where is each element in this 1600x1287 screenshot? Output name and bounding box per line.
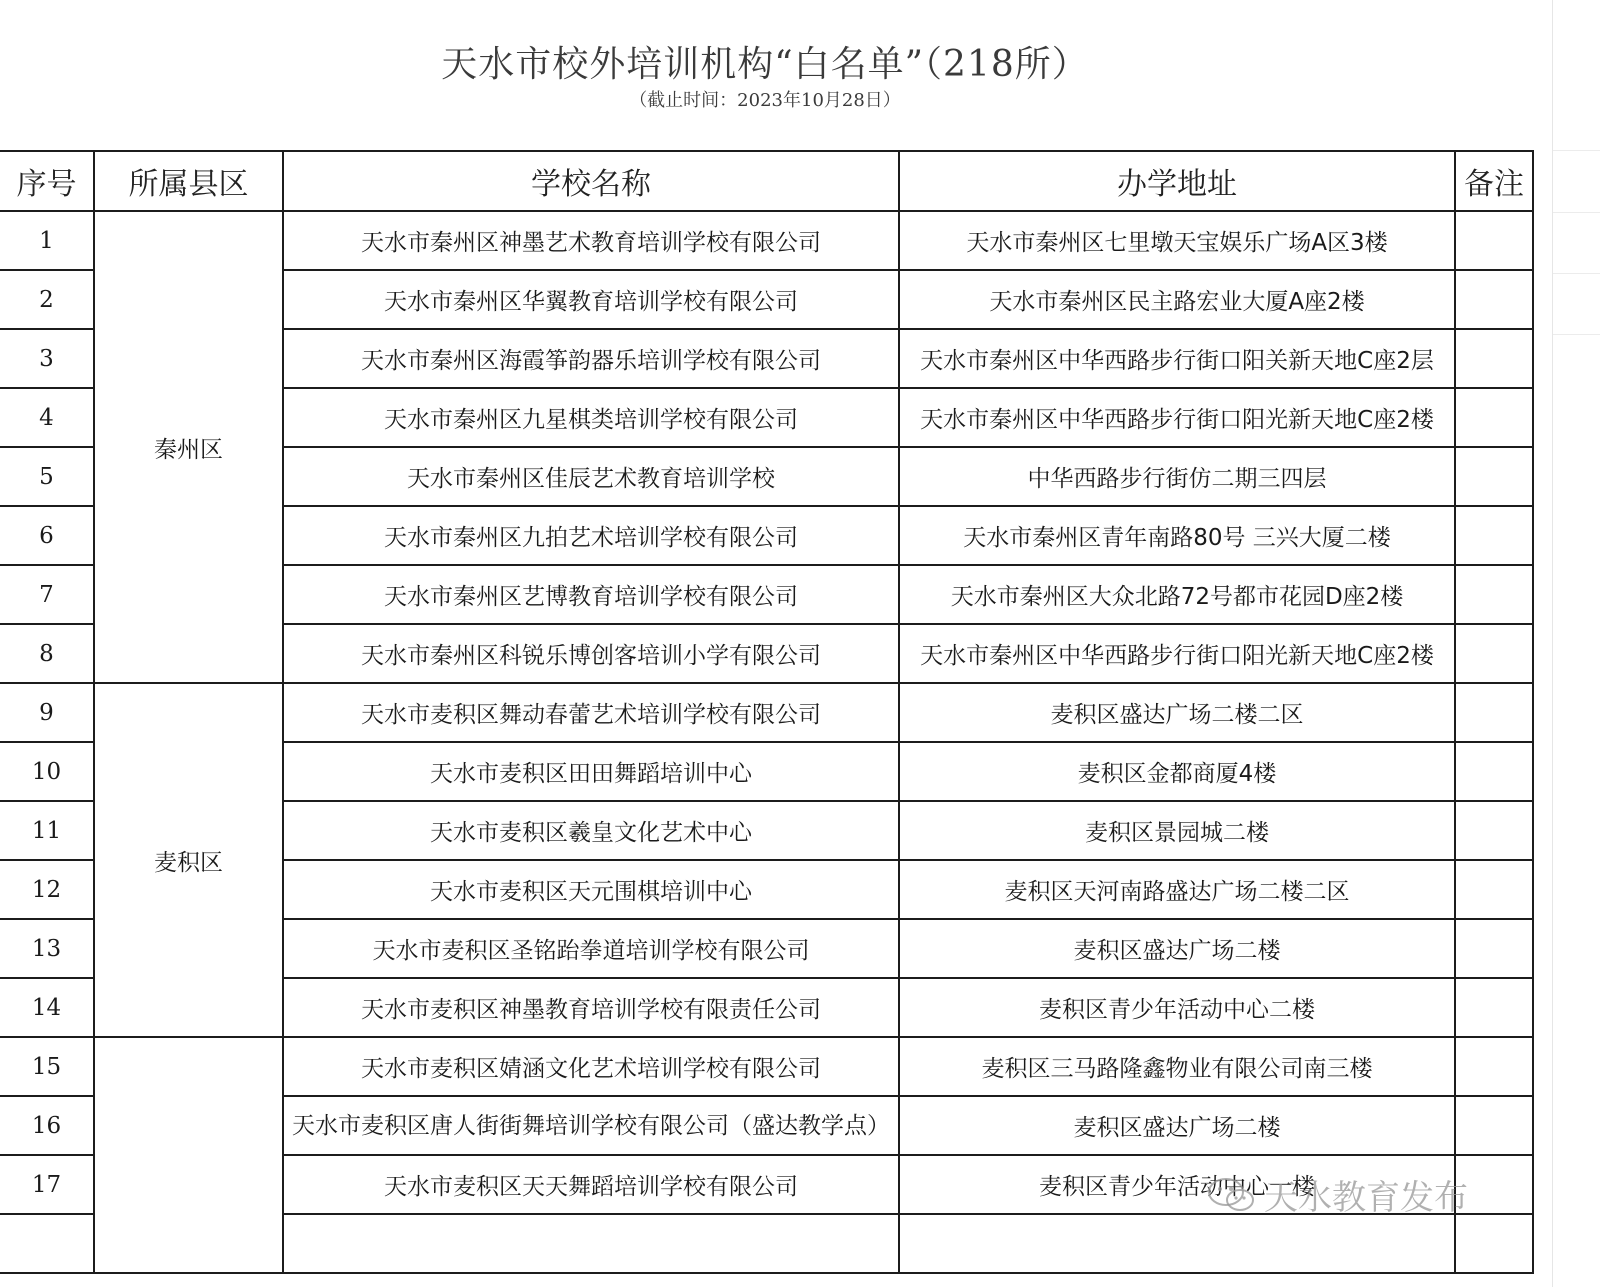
remarks — [1455, 270, 1533, 329]
school-name: 天水市秦州区九拍艺术培训学校有限公司 — [283, 506, 899, 565]
address: 中华西路步行街仿二期三四层 — [899, 447, 1455, 506]
table-header-row: 序号 所属县区 学校名称 办学地址 备注 — [0, 151, 1533, 211]
row-index: 15 — [0, 1037, 94, 1096]
address: 天水市秦州区中华西路步行街口阳关新天地C座2层 — [899, 329, 1455, 388]
address: 麦积区金都商厦4楼 — [899, 742, 1455, 801]
document-title: 天水市校外培训机构“白名单”（218所） — [0, 36, 1530, 87]
remarks — [1455, 1037, 1533, 1096]
school-name: 天水市麦积区圣铭跆拳道培训学校有限公司 — [283, 919, 899, 978]
school-name: 天水市麦积区唐人街街舞培训学校有限公司（盛达教学点） — [283, 1096, 899, 1155]
remarks — [1455, 683, 1533, 742]
address: 麦积区盛达广场二楼 — [899, 1096, 1455, 1155]
school-name: 天水市秦州区艺博教育培训学校有限公司 — [283, 565, 899, 624]
address: 麦积区盛达广场二楼 — [899, 919, 1455, 978]
document-subtitle: （截止时间：2023年10月28日） — [0, 86, 1530, 112]
address: 天水市秦州区七里墩天宝娱乐广场A区3楼 — [899, 211, 1455, 270]
school-name: 天水市麦积区天元围棋培训中心 — [283, 860, 899, 919]
county-cell: 秦州区 — [94, 211, 283, 683]
row-index: 17 — [0, 1155, 94, 1214]
row-index: 8 — [0, 624, 94, 683]
document-page: 天水市校外培训机构“白名单”（218所） （截止时间：2023年10月28日） … — [0, 0, 1600, 1287]
row-index: 3 — [0, 329, 94, 388]
row-index — [0, 1214, 94, 1273]
school-name: 天水市秦州区海霞筝韵器乐培训学校有限公司 — [283, 329, 899, 388]
row-index: 16 — [0, 1096, 94, 1155]
remarks — [1455, 801, 1533, 860]
address: 麦积区盛达广场二楼二区 — [899, 683, 1455, 742]
address: 天水市秦州区民主路宏业大厦A座2楼 — [899, 270, 1455, 329]
row-index: 6 — [0, 506, 94, 565]
school-name: 天水市秦州区华翼教育培训学校有限公司 — [283, 270, 899, 329]
address — [899, 1214, 1455, 1273]
row-index: 13 — [0, 919, 94, 978]
school-name: 天水市秦州区科锐乐博创客培训小学有限公司 — [283, 624, 899, 683]
school-name: 天水市秦州区九星棋类培训学校有限公司 — [283, 388, 899, 447]
address: 麦积区青少年活动中心一楼 — [899, 1155, 1455, 1214]
school-name: 天水市麦积区舞动春蕾艺术培训学校有限公司 — [283, 683, 899, 742]
school-name: 天水市麦积区婧涵文化艺术培训学校有限公司 — [283, 1037, 899, 1096]
address: 天水市秦州区中华西路步行街口阳光新天地C座2楼 — [899, 624, 1455, 683]
remarks — [1455, 860, 1533, 919]
row-index: 4 — [0, 388, 94, 447]
address: 麦积区三马路隆鑫物业有限公司南三楼 — [899, 1037, 1455, 1096]
row-index: 12 — [0, 860, 94, 919]
row-index: 10 — [0, 742, 94, 801]
school-name: 天水市麦积区神墨教育培训学校有限责任公司 — [283, 978, 899, 1037]
remarks — [1455, 447, 1533, 506]
address: 麦积区景园城二楼 — [899, 801, 1455, 860]
header-index: 序号 — [0, 151, 94, 211]
county-cell — [94, 1037, 283, 1273]
remarks — [1455, 742, 1533, 801]
whitelist-table: 序号 所属县区 学校名称 办学地址 备注 1 秦州区 天水市秦州区神墨艺术教育培… — [0, 150, 1534, 1274]
address: 天水市秦州区大众北路72号都市花园D座2楼 — [899, 565, 1455, 624]
header-school-name: 学校名称 — [283, 151, 899, 211]
remarks — [1455, 1096, 1533, 1155]
table-row: 9 麦积区 天水市麦积区舞动春蕾艺术培训学校有限公司 麦积区盛达广场二楼二区 — [0, 683, 1533, 742]
header-county: 所属县区 — [94, 151, 283, 211]
remarks — [1455, 211, 1533, 270]
remarks — [1455, 565, 1533, 624]
remarks — [1455, 329, 1533, 388]
remarks — [1455, 1155, 1533, 1214]
row-index: 11 — [0, 801, 94, 860]
gridline — [1553, 334, 1600, 335]
row-index: 1 — [0, 211, 94, 270]
row-index: 7 — [0, 565, 94, 624]
gridline — [1553, 150, 1600, 151]
remarks — [1455, 978, 1533, 1037]
address: 天水市秦州区青年南路80号 三兴大厦二楼 — [899, 506, 1455, 565]
table-row: 15 天水市麦积区婧涵文化艺术培训学校有限公司 麦积区三马路隆鑫物业有限公司南三… — [0, 1037, 1533, 1096]
spreadsheet-gridlines — [1552, 0, 1600, 1287]
address: 天水市秦州区中华西路步行街口阳光新天地C座2楼 — [899, 388, 1455, 447]
row-index: 14 — [0, 978, 94, 1037]
gridline — [1553, 273, 1600, 274]
school-name: 天水市秦州区神墨艺术教育培训学校有限公司 — [283, 211, 899, 270]
remarks — [1455, 624, 1533, 683]
address: 麦积区天河南路盛达广场二楼二区 — [899, 860, 1455, 919]
remarks — [1455, 506, 1533, 565]
header-remarks: 备注 — [1455, 151, 1533, 211]
row-index: 5 — [0, 447, 94, 506]
school-name: 天水市麦积区羲皇文化艺术中心 — [283, 801, 899, 860]
row-index: 2 — [0, 270, 94, 329]
county-cell: 麦积区 — [94, 683, 283, 1037]
gridline — [1553, 212, 1600, 213]
row-index: 9 — [0, 683, 94, 742]
school-name — [283, 1214, 899, 1273]
school-name: 天水市麦积区天天舞蹈培训学校有限公司 — [283, 1155, 899, 1214]
table-row: 1 秦州区 天水市秦州区神墨艺术教育培训学校有限公司 天水市秦州区七里墩天宝娱乐… — [0, 211, 1533, 270]
header-address: 办学地址 — [899, 151, 1455, 211]
remarks — [1455, 919, 1533, 978]
address: 麦积区青少年活动中心二楼 — [899, 978, 1455, 1037]
remarks — [1455, 1214, 1533, 1273]
school-name: 天水市麦积区田田舞蹈培训中心 — [283, 742, 899, 801]
remarks — [1455, 388, 1533, 447]
school-name: 天水市秦州区佳辰艺术教育培训学校 — [283, 447, 899, 506]
